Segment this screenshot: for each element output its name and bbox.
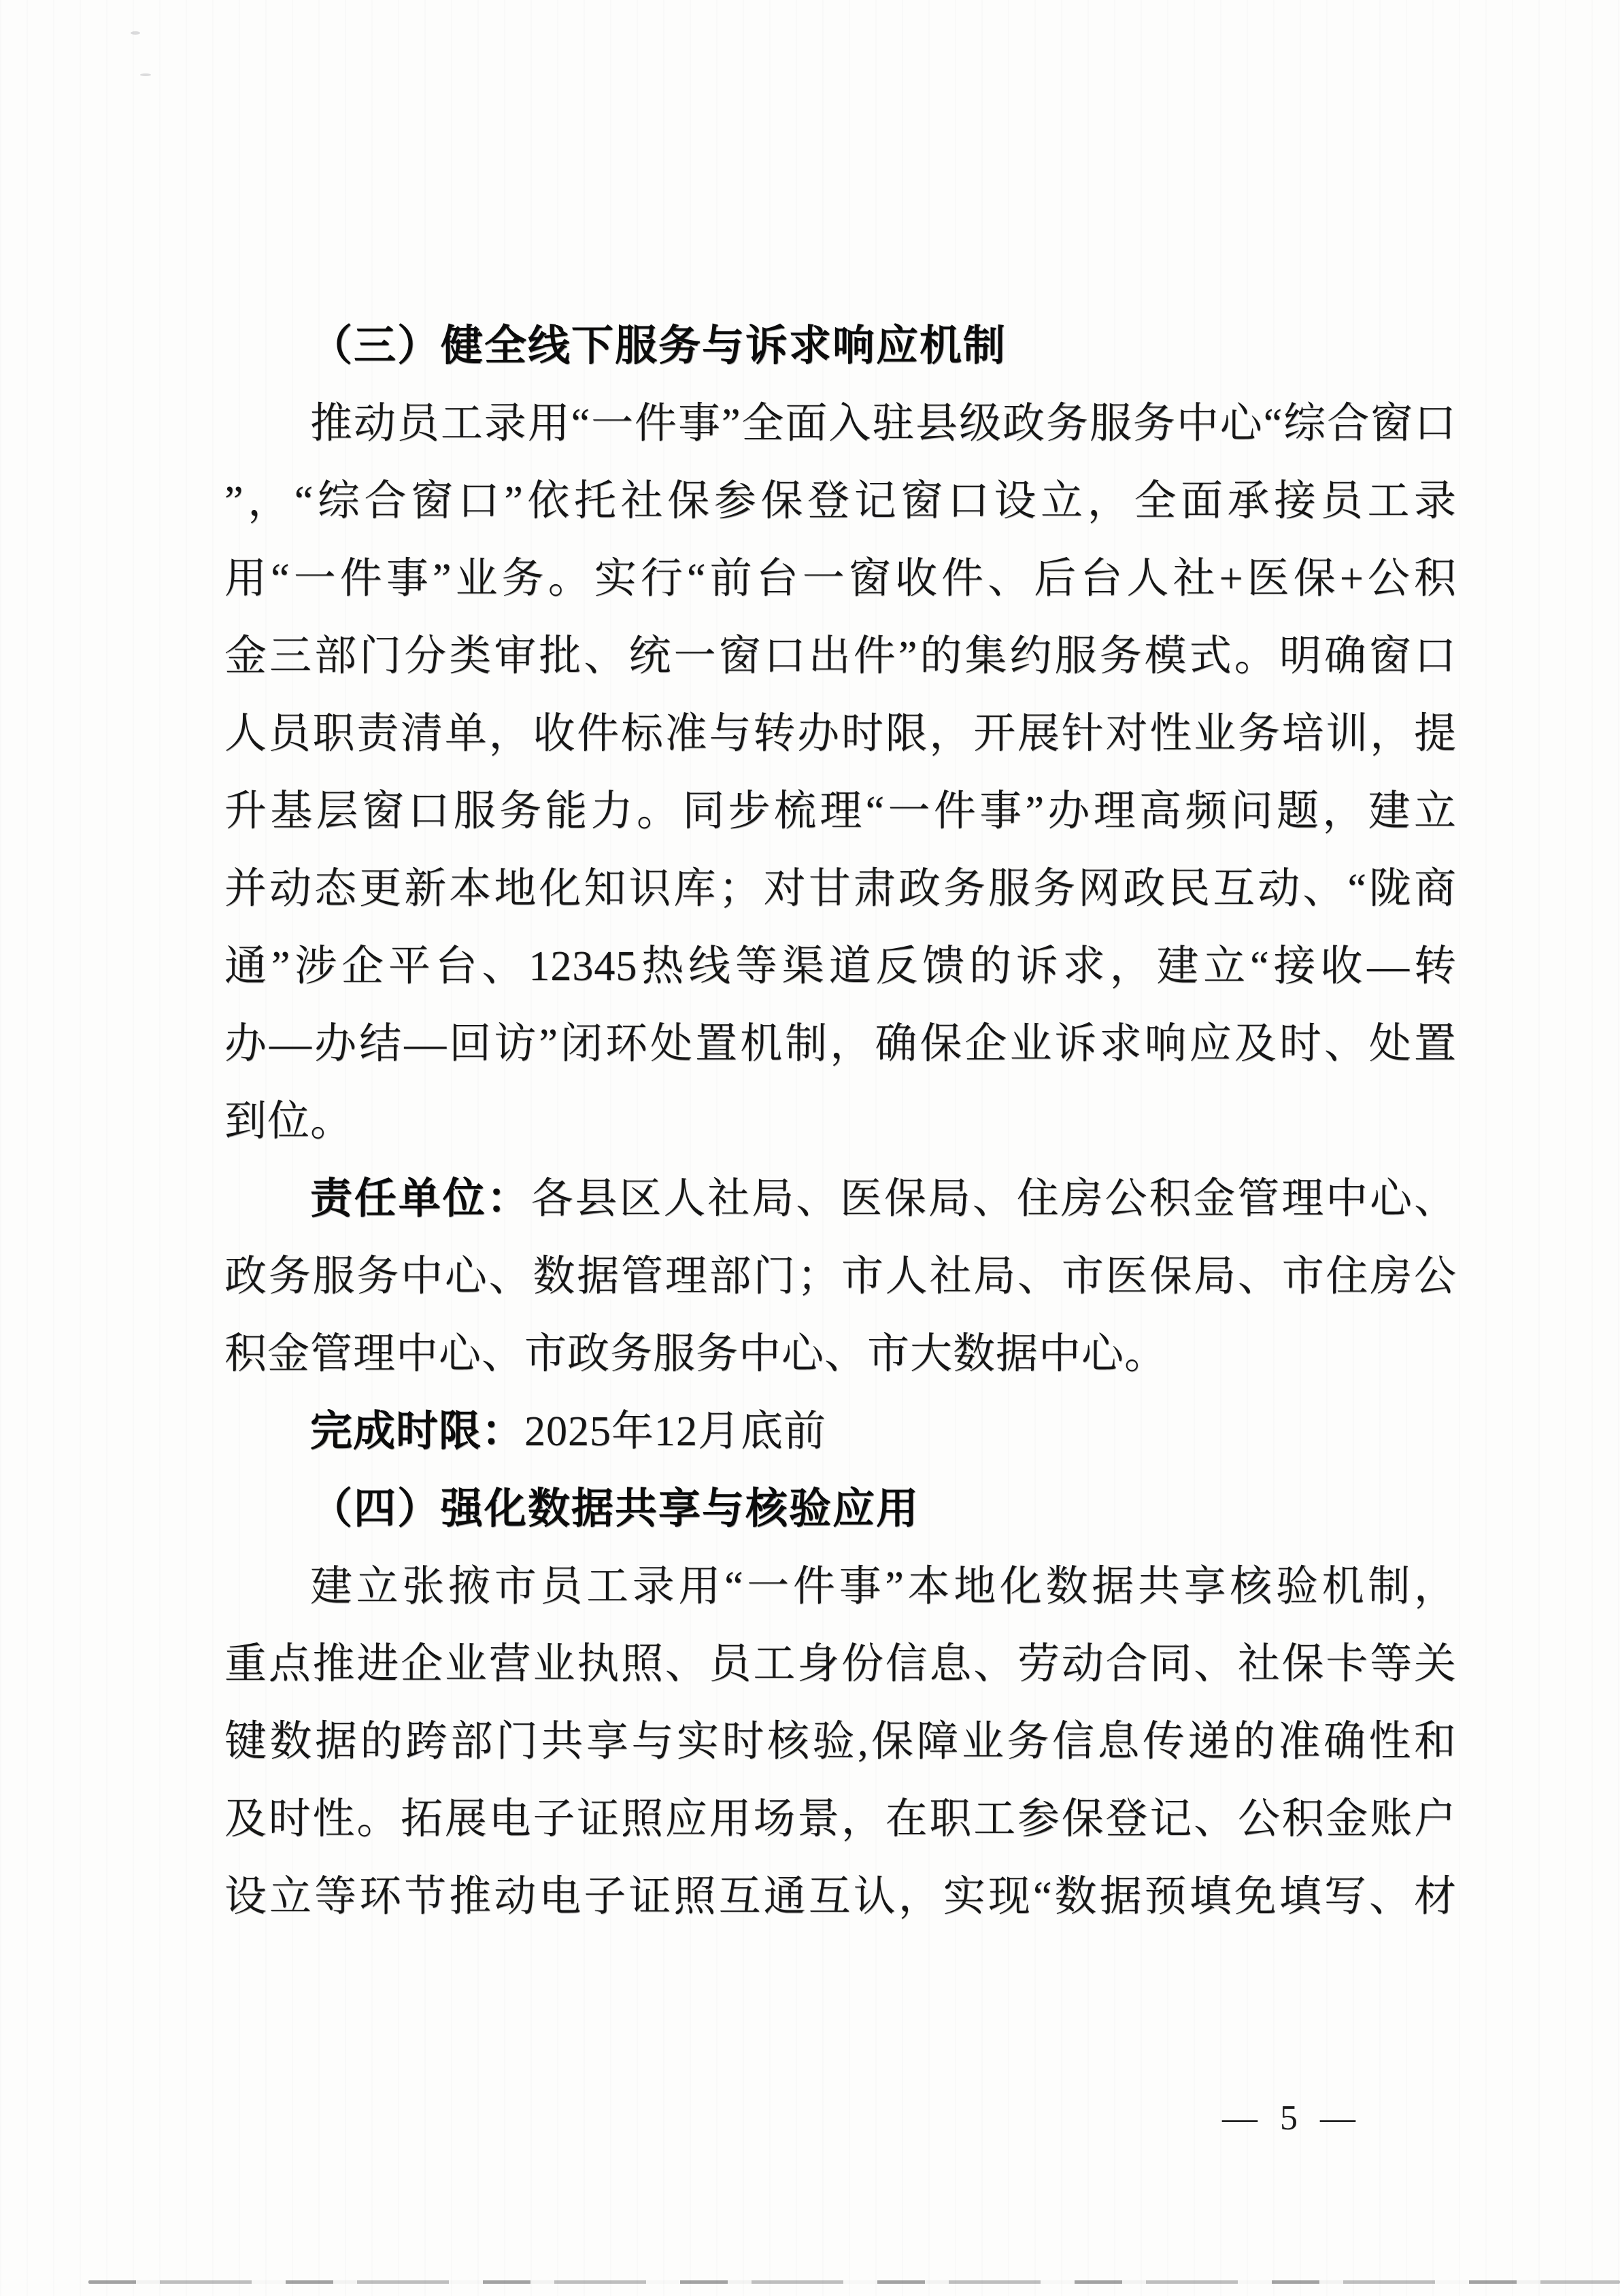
section-4-paragraph-line: 重点推进企业营业执照、员工身份信息、劳动合同、社保卡等关	[224, 1625, 1457, 1703]
section-3-paragraph-line: 办—办结—回访”闭环处置机制，确保企业诉求响应及时、处置	[224, 1005, 1457, 1083]
document-page: （三）健全线下服务与诉求响应机制 推动员工录用“一件事”全面入驻县级政务服务中心…	[0, 0, 1620, 2296]
section-3-paragraph-line: ”，“综合窗口”依托社保参保登记窗口设立，全面承接员工录	[224, 462, 1457, 540]
scan-smudge	[131, 31, 140, 35]
section-4-paragraph-line: 键数据的跨部门共享与实时核验,保障业务信息传递的准确性和	[224, 1703, 1457, 1780]
section-4-heading: （四）强化数据共享与核验应用	[224, 1470, 1457, 1548]
section-3-paragraph-line: 用“一件事”业务。实行“前台一窗收件、后台人社+医保+公积	[224, 540, 1457, 618]
section-4-paragraph-line: 建立张掖市员工录用“一件事”本地化数据共享核验机制，	[224, 1548, 1457, 1625]
section-3-paragraph-line: 推动员工录用“一件事”全面入驻县级政务服务中心“综合窗口	[224, 385, 1457, 462]
responsibility-text: 各县区人社局、医保局、住房公积金管理中心、	[531, 1176, 1457, 1222]
section-3-paragraph-line: 升基层窗口服务能力。同步梳理“一件事”办理高频问题，建立	[224, 773, 1457, 850]
document-body: （三）健全线下服务与诉求响应机制 推动员工录用“一件事”全面入驻县级政务服务中心…	[224, 307, 1457, 1936]
section-3-paragraph-line: 通”涉企平台、12345热线等渠道反馈的诉求，建立“接收—转	[224, 928, 1457, 1005]
responsibility-line: 积金管理中心、市政务服务中心、市大数据中心。	[224, 1315, 1457, 1393]
scan-smudge	[140, 73, 151, 76]
section-3-paragraph-line: 人员职责清单，收件标准与转办时限，开展针对性业务培训，提	[224, 695, 1457, 773]
responsibility-label: 责任单位：	[310, 1176, 531, 1222]
section-3-paragraph-line: 金三部门分类审批、统一窗口出件”的集约服务模式。明确窗口	[224, 618, 1457, 695]
section-3-heading: （三）健全线下服务与诉求响应机制	[224, 307, 1457, 385]
section-4-paragraph-line: 及时性。拓展电子证照应用场景，在职工参保登记、公积金账户	[224, 1780, 1457, 1858]
section-3-paragraph-line: 到位。	[224, 1083, 1457, 1160]
deadline-label: 完成时限：	[310, 1408, 524, 1455]
section-4-paragraph-line: 设立等环节推动电子证照互通互认，实现“数据预填免填写、材	[224, 1858, 1457, 1936]
deadline-line: 完成时限：2025年12月底前	[224, 1393, 1457, 1470]
scan-edge-artifact	[88, 2280, 1620, 2284]
responsibility-line: 责任单位：各县区人社局、医保局、住房公积金管理中心、	[224, 1160, 1457, 1238]
responsibility-line: 政务服务中心、数据管理部门；市人社局、市医保局、市住房公	[224, 1238, 1457, 1315]
page-number: — 5 —	[1217, 2095, 1367, 2142]
deadline-value: 2025年12月底前	[524, 1408, 826, 1455]
section-3-paragraph-line: 并动态更新本地化知识库；对甘肃政务服务网政民互动、“陇商	[224, 850, 1457, 928]
